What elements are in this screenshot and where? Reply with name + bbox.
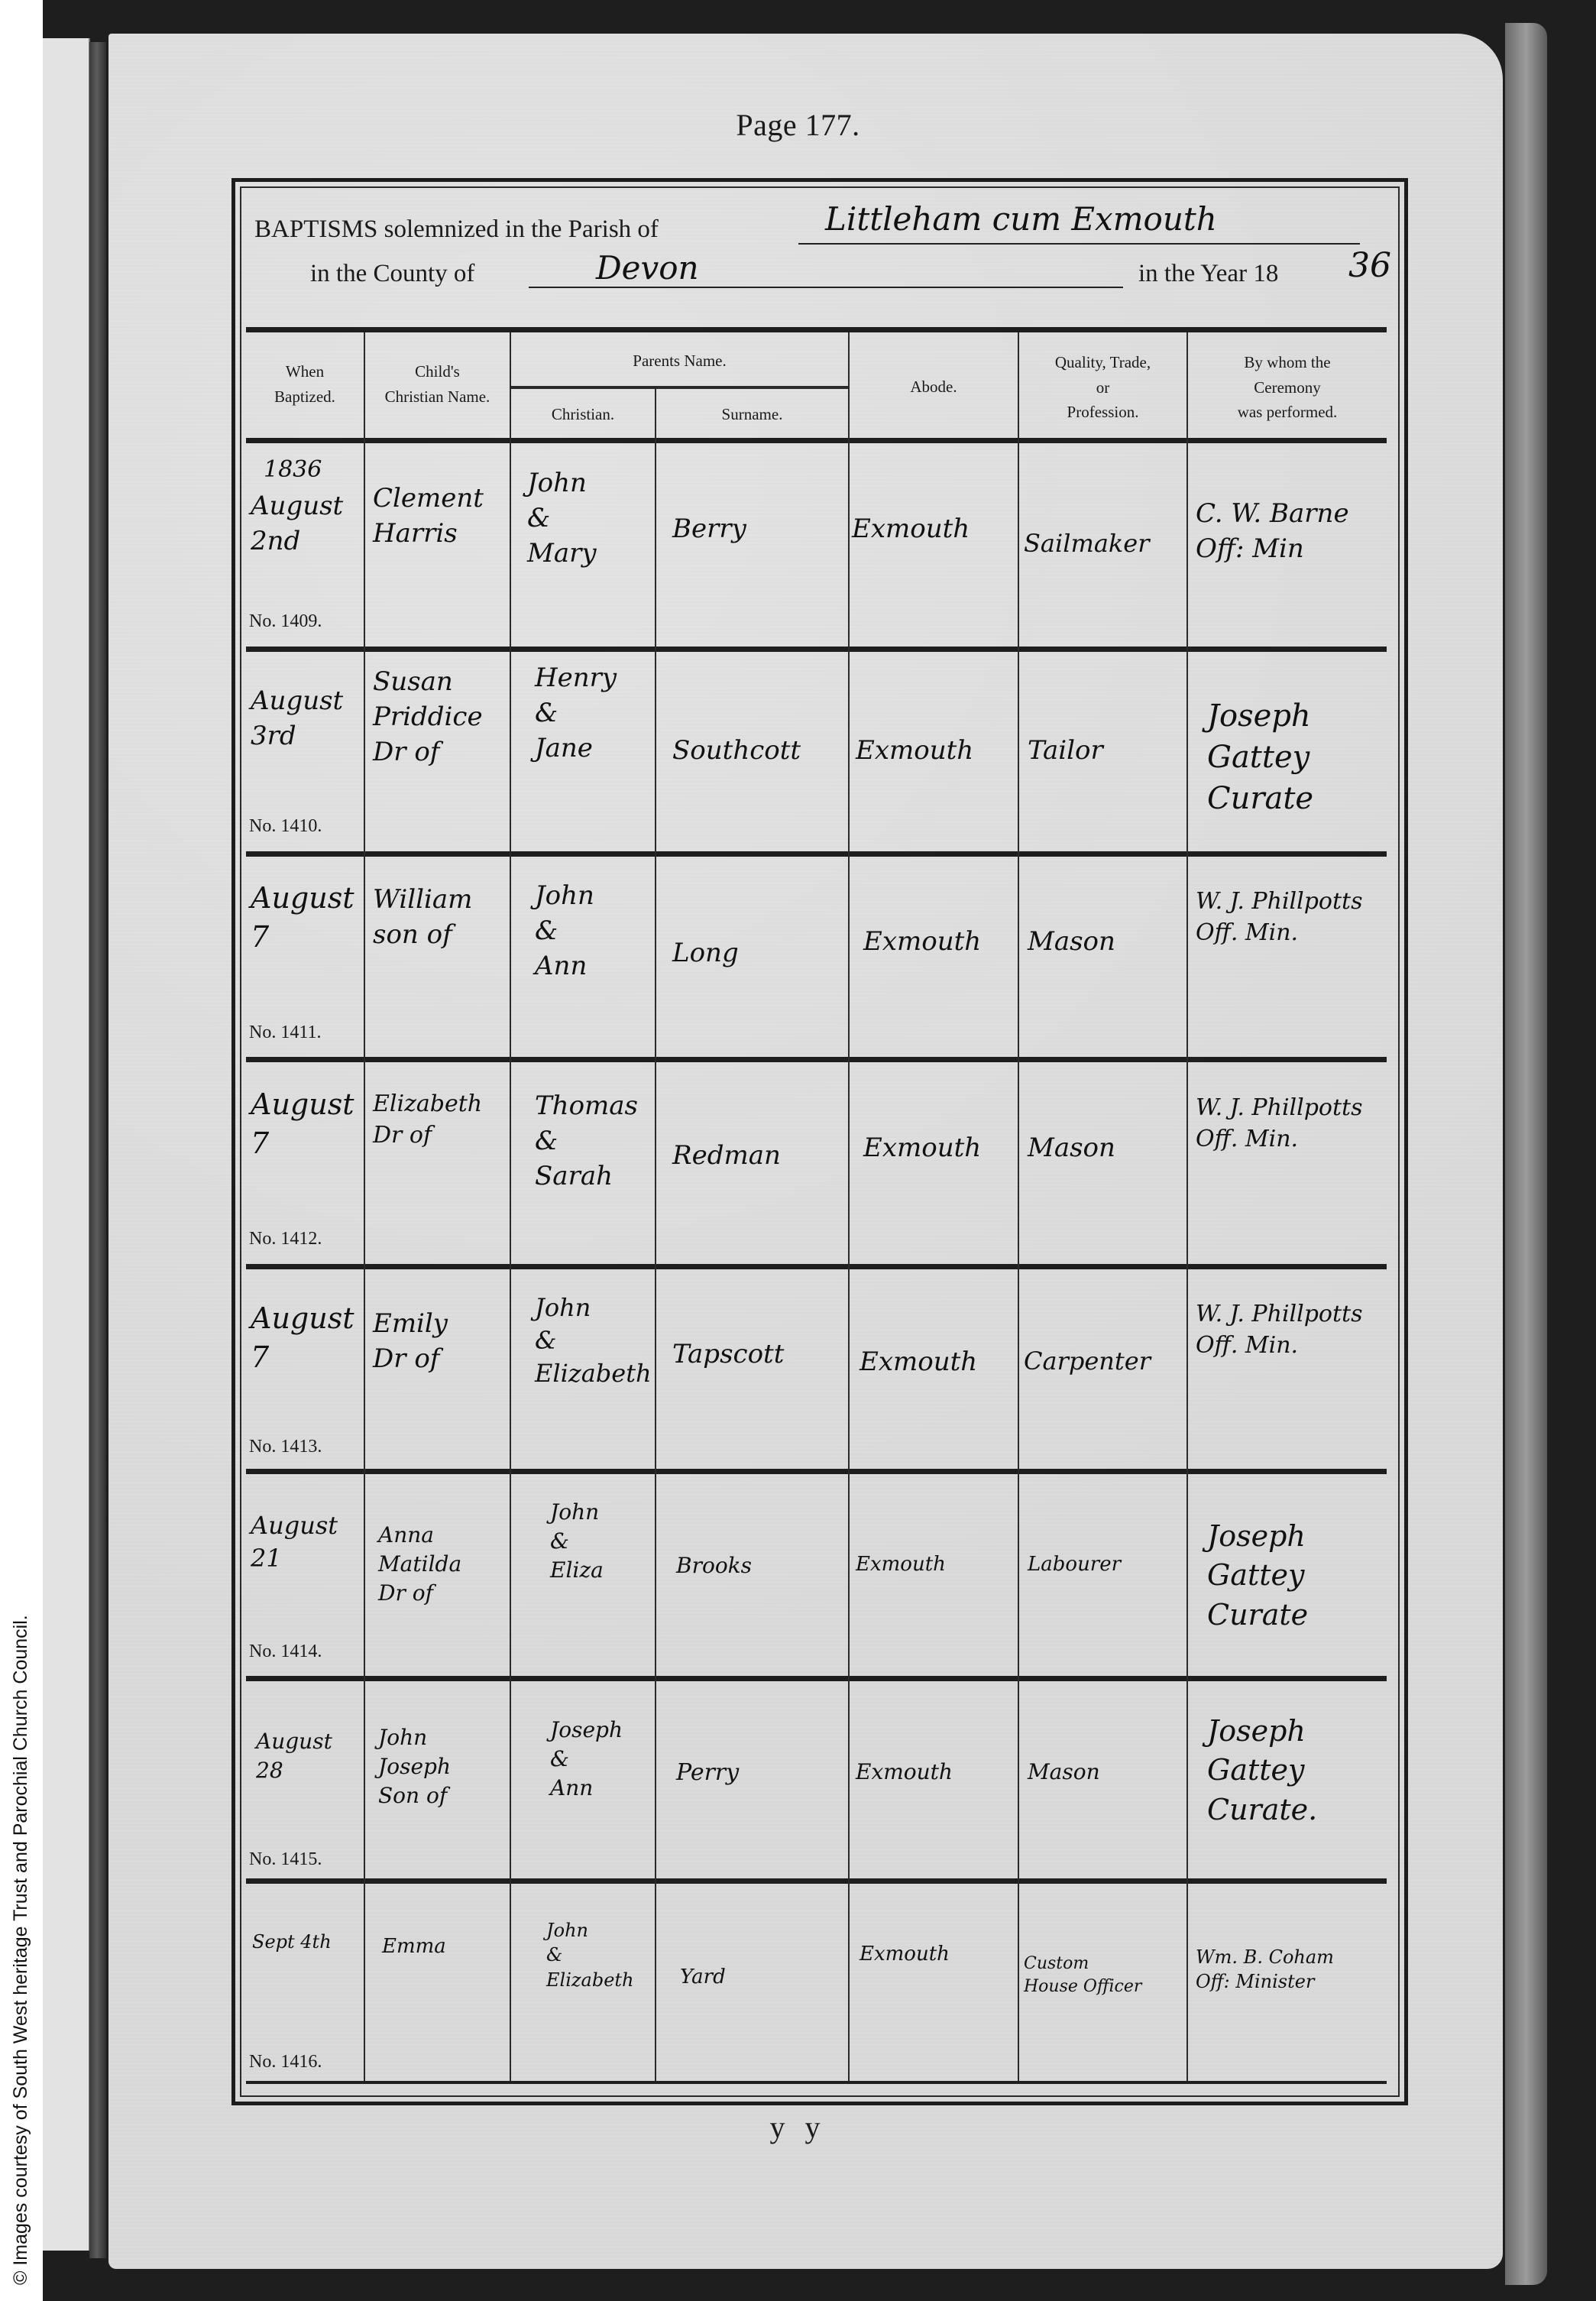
entry-trade: Tailor (1028, 734, 1103, 769)
entry-surname: Long (672, 936, 739, 971)
column-divider (655, 388, 656, 2081)
entry-parents-christian: Joseph & Ann (550, 1716, 623, 1802)
entry-child-name: Emma (382, 1933, 446, 1960)
entry-by-whom: W. J. Phillpotts Off. Min. (1196, 1299, 1363, 1361)
entry-surname: Berry (672, 512, 746, 547)
entry-date: August 7 (251, 1085, 354, 1164)
entry-surname: Brooks (676, 1551, 752, 1580)
entry-abode: Exmouth (856, 1551, 946, 1578)
header-child-name: Child's Christian Name. (365, 359, 510, 409)
entry-date: August 3rd (251, 684, 343, 754)
entry-parents-christian: John & Eliza (550, 1498, 604, 1584)
entry-surname: Redman (672, 1139, 781, 1174)
entry-child-name: Anna Matilda Dr of (378, 1521, 461, 1607)
row-rule (246, 1057, 1387, 1062)
entry-abode: Exmouth (863, 1131, 981, 1166)
entry-by-whom: W. J. Phillpotts Off. Min. (1196, 1093, 1363, 1155)
entry-parents-christian: Henry & Jane (535, 661, 617, 766)
copyright-notice: © Images courtesy of South West heritage… (11, 1615, 31, 2285)
row-rule (246, 1878, 1387, 1884)
row-rule (246, 1264, 1387, 1269)
entry-by-whom: Joseph Gattey Curate. (1207, 1712, 1317, 1829)
entry-number: No. 1416. (249, 2052, 322, 2073)
county-fill-line (529, 287, 1123, 288)
entry-number: No. 1409. (249, 611, 322, 632)
row-rule (246, 647, 1387, 652)
entry-trade: Mason (1028, 1131, 1115, 1166)
previous-page-edge (43, 38, 90, 2251)
column-divider (364, 332, 365, 2081)
row-rule (246, 1676, 1387, 1681)
entry-trade: Mason (1028, 925, 1115, 960)
entry-by-whom: Joseph Gattey Curate (1207, 1517, 1308, 1635)
entry-child-name: William son of (373, 883, 472, 953)
column-divider (1018, 332, 1019, 2081)
entry-parents-christian: John & Elizabeth (535, 1291, 652, 1391)
entry-child-name: Emily Dr of (373, 1307, 448, 1377)
entry-trade: Mason (1028, 1758, 1100, 1787)
entry-abode: Exmouth (856, 734, 973, 769)
entry-by-whom: Joseph Gattey Curate (1207, 695, 1313, 819)
entry-abode: Exmouth (860, 1345, 977, 1380)
year-value: 36 (1348, 246, 1391, 285)
entry-surname: Perry (676, 1758, 739, 1789)
parish-fill-line (798, 243, 1360, 245)
entry-surname: Yard (680, 1964, 726, 1991)
entry-trade: Carpenter (1024, 1345, 1151, 1378)
entry-abode: Exmouth (856, 1758, 953, 1787)
header-by-whom: By whom the Ceremony was performed. (1188, 350, 1387, 425)
row-rule (246, 851, 1387, 857)
column-divider (510, 332, 511, 2081)
entry-trade: Labourer (1028, 1551, 1121, 1578)
year-label: in the Year 18 (1138, 260, 1278, 288)
entry-abode: Exmouth (863, 925, 981, 960)
entry-surname: Tapscott (672, 1337, 784, 1372)
catchword: y y (0, 2109, 1596, 2145)
header-trade: Quality, Trade, or Profession. (1019, 350, 1186, 425)
header-parents-christian: Christian. (511, 405, 655, 424)
entry-abode: Exmouth (860, 1941, 950, 1968)
entry-by-whom: C. W. Barne Off: Min (1196, 497, 1349, 567)
entry-parents-christian: Thomas & Sarah (535, 1089, 638, 1194)
page-number: Page 177. (0, 107, 1596, 143)
entry-by-whom: W. J. Phillpotts Off. Min. (1196, 886, 1363, 948)
entry-date: August 2nd (251, 489, 343, 559)
register-heading: BAPTISMS solemnized in the Parish of (254, 216, 659, 244)
entry-child-name: Elizabeth Dr of (373, 1089, 482, 1151)
entry-date: August 21 (251, 1509, 338, 1575)
entry-number: No. 1414. (249, 1641, 322, 1662)
entry-date: August 28 (256, 1727, 332, 1785)
header-abode: Abode. (850, 378, 1018, 397)
column-divider (1186, 332, 1188, 2081)
entry-parents-christian: John & Mary (527, 466, 597, 572)
entry-number: No. 1410. (249, 816, 322, 837)
column-divider (848, 332, 850, 2081)
header-parents-surname: Surname. (656, 405, 848, 424)
entry-parents-christian: John & Ann (535, 879, 594, 984)
entry-number: No. 1412. (249, 1229, 322, 1249)
parish-name: Littleham cum Exmouth (825, 200, 1217, 238)
entry-number: No. 1415. (249, 1849, 322, 1870)
entry-parents-christian: John & Elizabeth (546, 1918, 634, 1992)
entry-date: August 7 (251, 879, 354, 958)
county-label: in the County of (310, 260, 474, 288)
table-bottom-rule (246, 2081, 1387, 2084)
entry-year-note: 1836 (264, 455, 322, 486)
entry-by-whom: Wm. B. Coham Off: Minister (1196, 1945, 1334, 1995)
county-name: Devon (596, 249, 699, 287)
header-parents-name: Parents Name. (511, 352, 848, 371)
entry-child-name: Susan Priddice Dr of (373, 665, 483, 770)
entry-trade: Custom House Officer (1024, 1953, 1141, 1998)
parents-subheader-rule (511, 386, 848, 389)
entry-date: August 7 (251, 1299, 354, 1378)
entry-date: Sept 4th (252, 1930, 332, 1954)
entry-number: No. 1413. (249, 1437, 322, 1457)
row-rule (246, 1469, 1387, 1474)
book-cover-edge (1505, 23, 1547, 2285)
entry-number: No. 1411. (249, 1022, 321, 1043)
copyright-strip: © Images courtesy of South West heritage… (0, 0, 43, 2301)
entry-child-name: John Joseph Son of (378, 1723, 451, 1810)
header-top-rule (246, 327, 1387, 332)
header-bottom-rule (246, 438, 1387, 443)
entry-abode: Exmouth (852, 512, 970, 547)
entry-trade: Sailmaker (1024, 527, 1150, 560)
entry-child-name: Clement Harris (373, 481, 484, 552)
entry-surname: Southcott (672, 734, 801, 769)
book-gutter (89, 42, 106, 2258)
header-when-baptized: When Baptized. (246, 359, 364, 409)
